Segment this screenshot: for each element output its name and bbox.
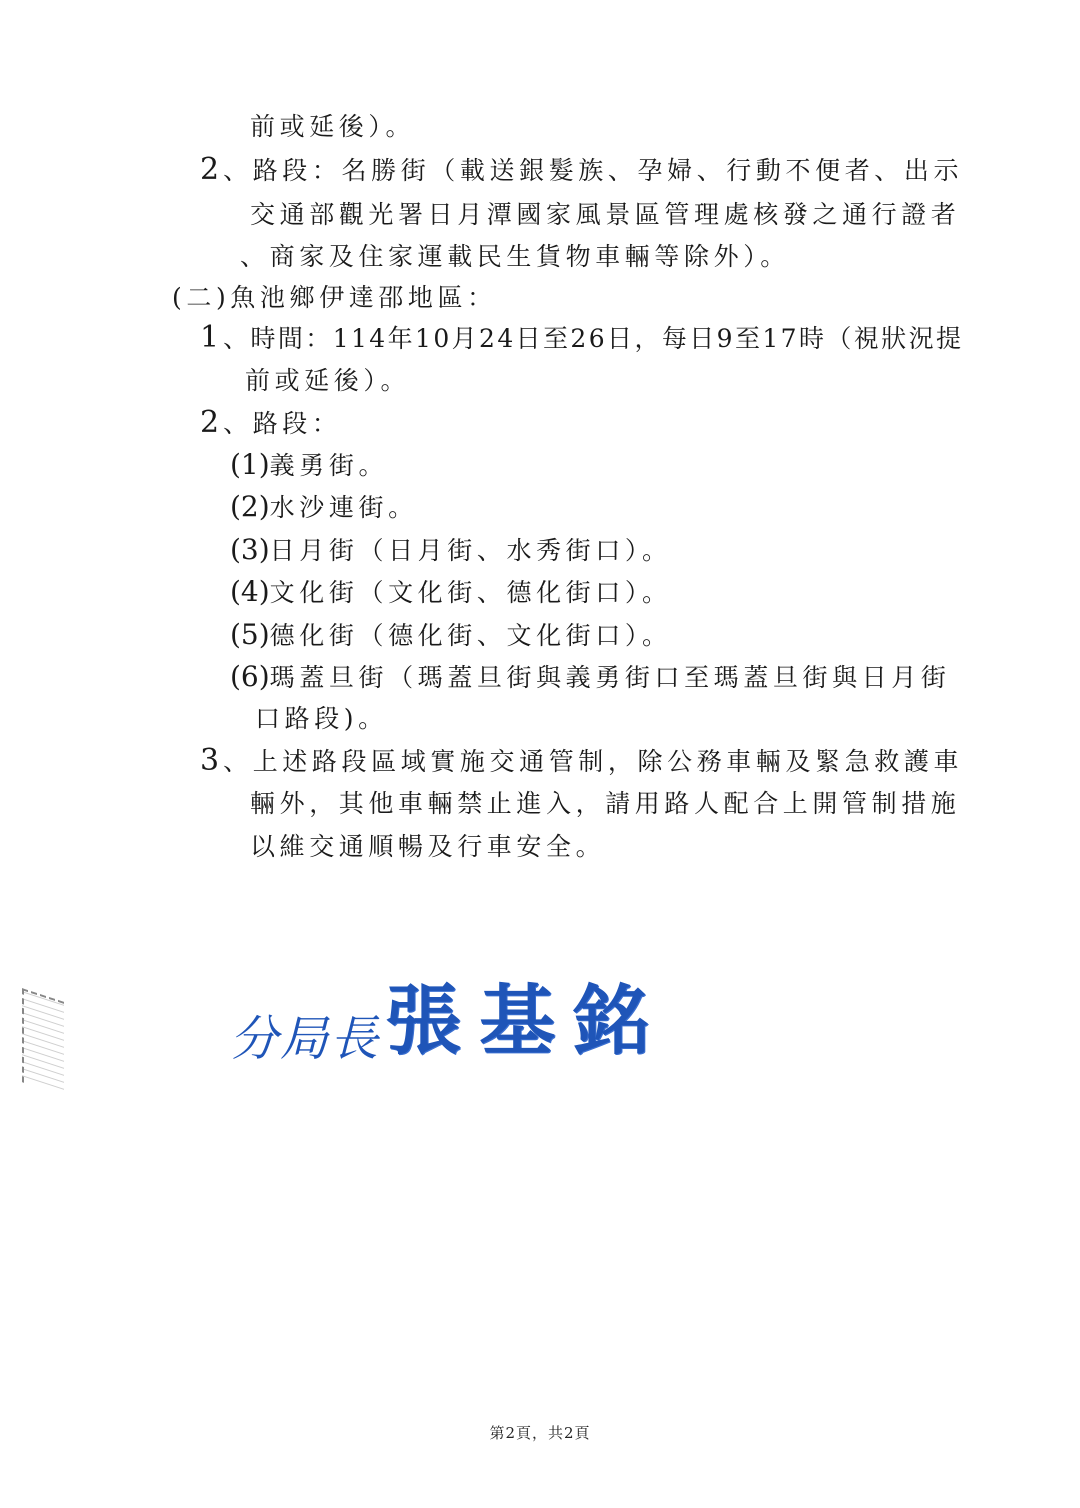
list-item-route: 2、路段：名勝街（載送銀髮族、孕婦、行動不便者、出示 <box>200 155 963 186</box>
street-item: (4)文化街（文化街、德化街口）。 <box>230 577 672 608</box>
text-line: 前或延後）。 <box>250 112 415 142</box>
text-line: 口路段)。 <box>255 704 388 734</box>
signature-name: 張基銘 <box>385 976 667 1065</box>
page-footer: 第2頁，共2頁 <box>0 1422 1080 1443</box>
signature-stamp: 分局長 張基銘 <box>230 960 667 1069</box>
street-item: (3)日月街（日月街、水秀街口）。 <box>230 535 672 566</box>
street-item: (5)德化街（德化街、文化街口）。 <box>230 620 672 651</box>
list-item-time: 1、時間：114年10月24日至26日，每日9至17時（視狀況提 <box>200 323 963 354</box>
text-line: 以維交通順暢及行車安全。 <box>250 832 605 862</box>
text-line: 前或延後）。 <box>245 366 410 396</box>
street-item: (1)義勇街。 <box>230 450 388 481</box>
text-line: 輛外，其他車輛禁止進入，請用路人配合上開管制措施 <box>250 789 960 819</box>
text-line: 交通部觀光署日月潭國家風景區管理處核發之通行證者 <box>250 200 960 230</box>
list-item-route: 2、路段： <box>200 408 342 439</box>
signature-title: 分局長 <box>230 1011 380 1067</box>
text-line: 、商家及住家運載民生貨物車輛等除外）。 <box>240 242 790 272</box>
seal-stamp-fragment <box>22 988 64 1096</box>
list-item-notice: 3、上述路段區域實施交通管制，除公務車輛及緊急救護車 <box>200 746 963 777</box>
street-item: (2)水沙連街。 <box>230 492 418 523</box>
section-heading: (二)魚池鄉伊達邵地區： <box>172 283 497 313</box>
street-item: (6)瑪蓋旦街（瑪蓋旦街與義勇街口至瑪蓋旦街與日月街 <box>230 662 950 693</box>
